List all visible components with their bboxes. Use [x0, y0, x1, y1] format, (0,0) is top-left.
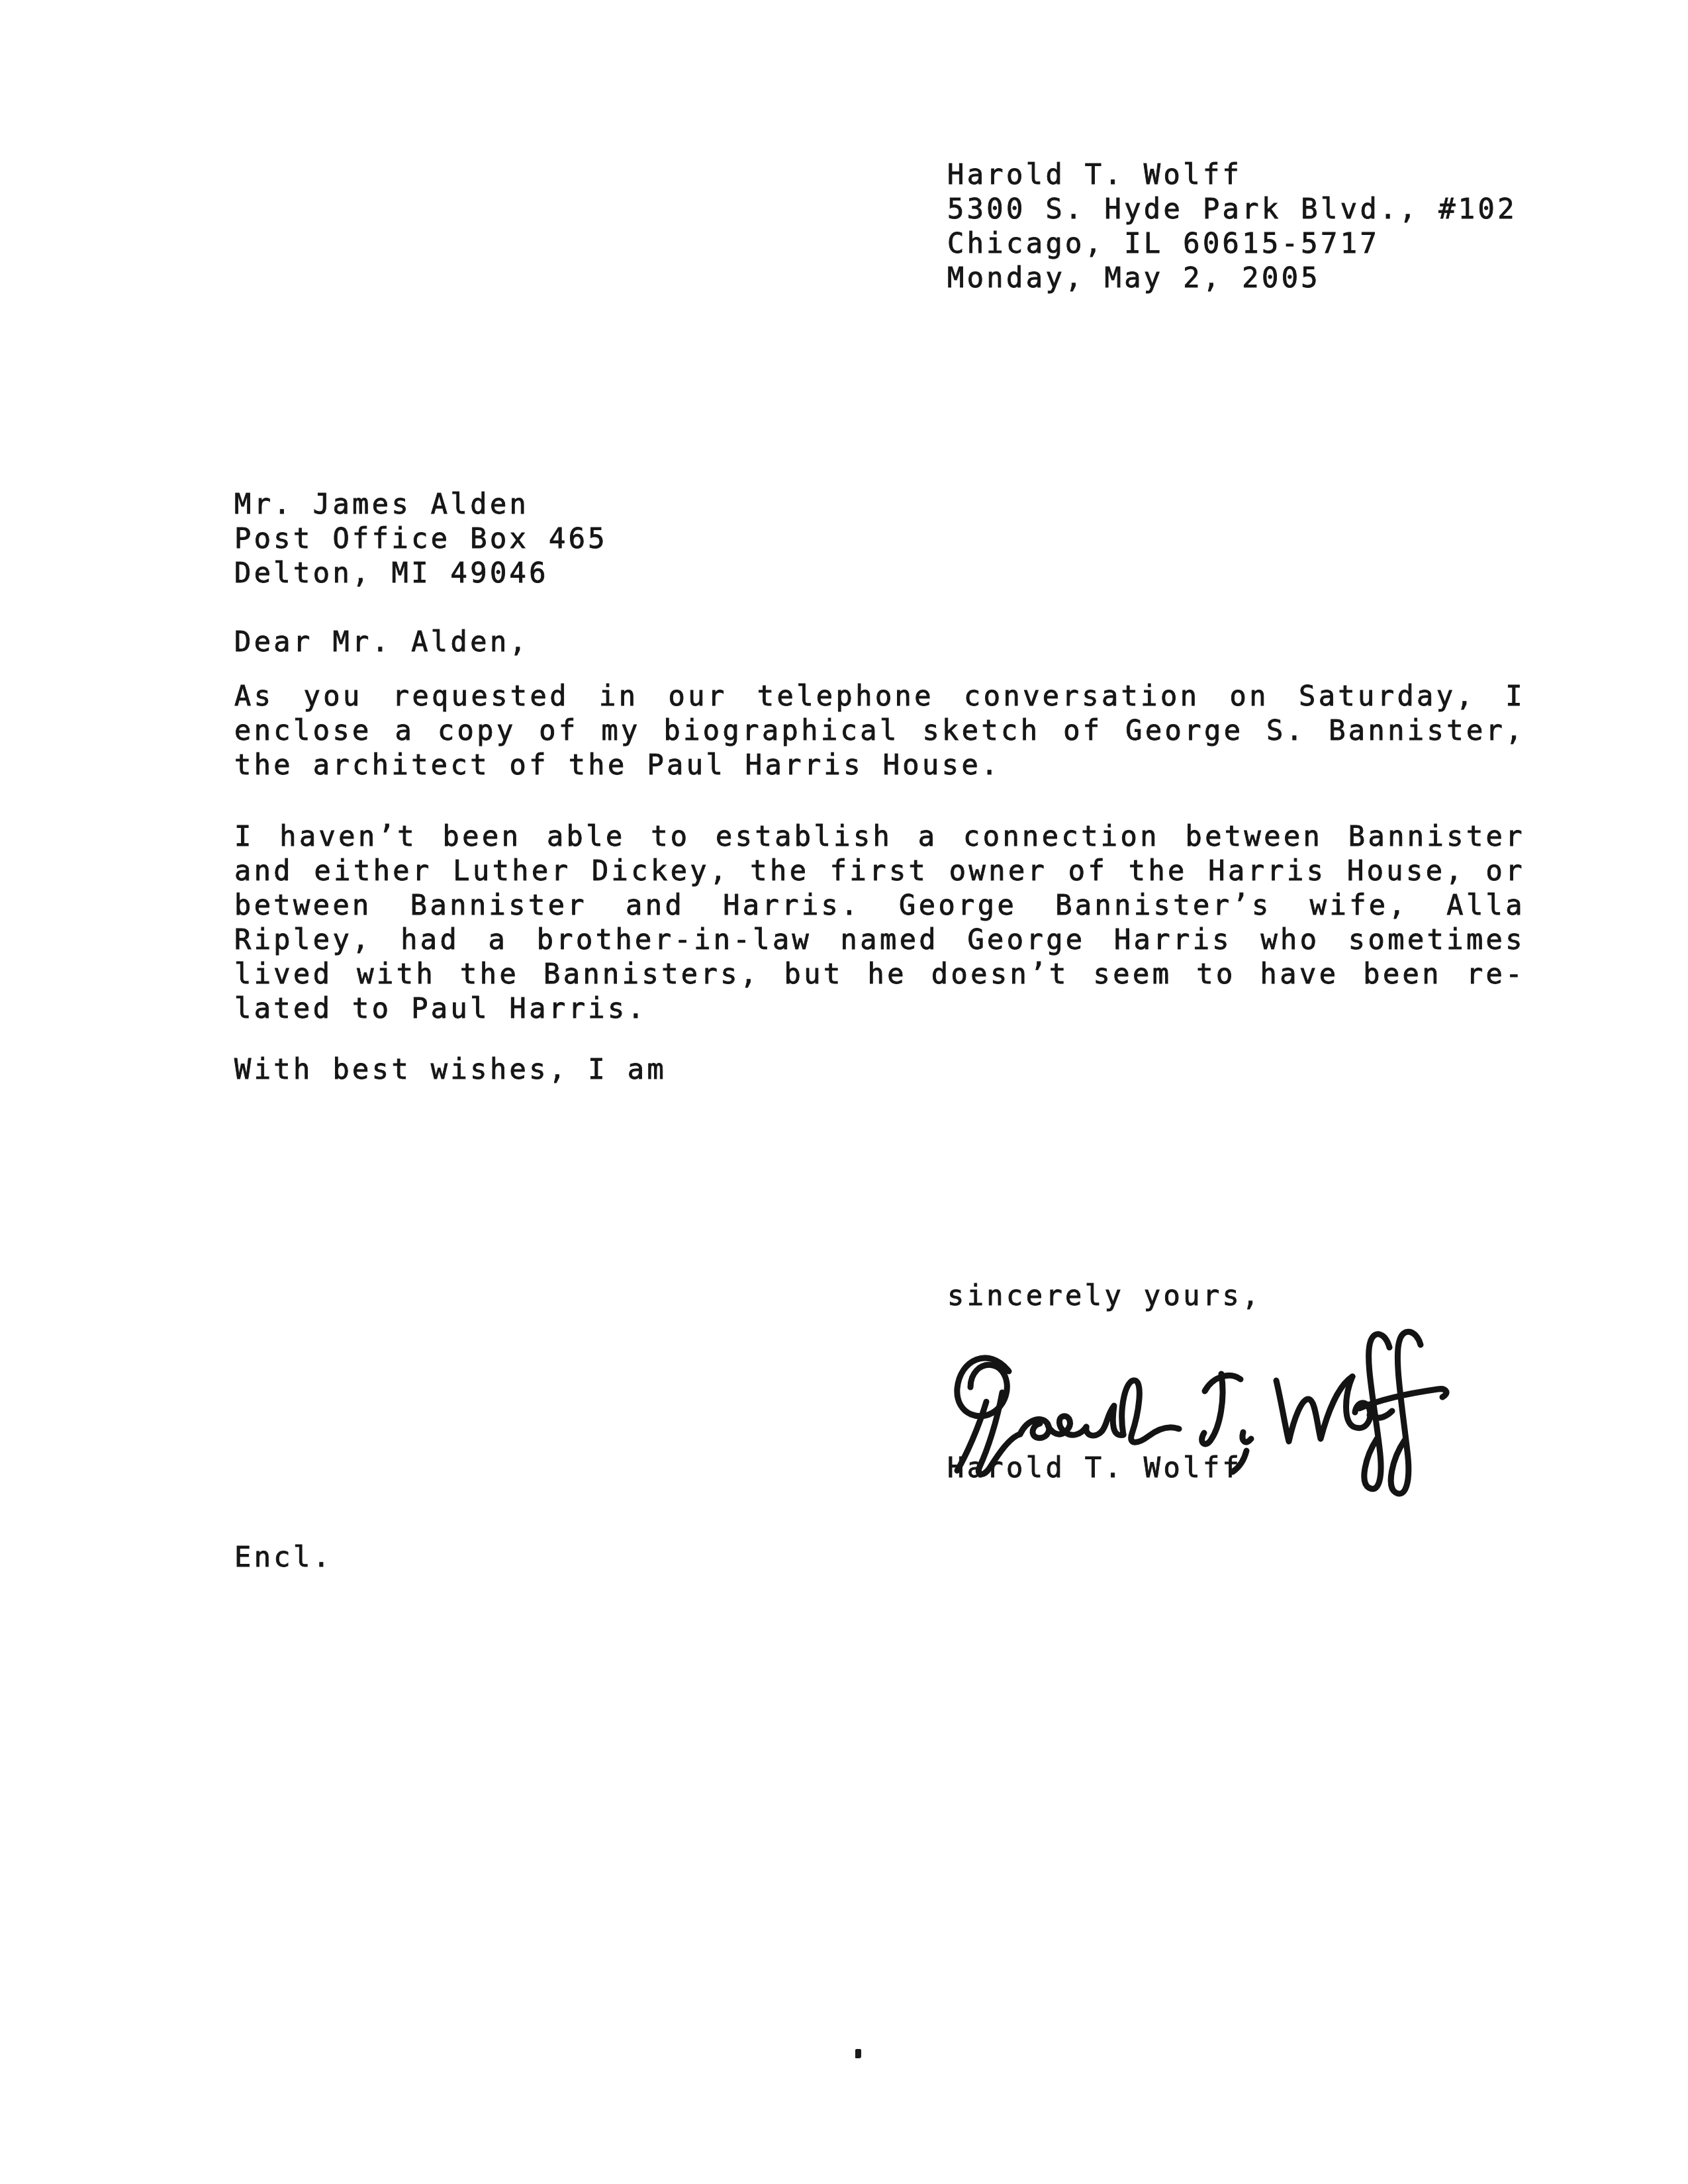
text-line: Mr. James Alden [234, 487, 962, 522]
text-line: lived with the Bannisters, but he doesn’… [234, 957, 1525, 991]
text-line: I haven’t been able to establish a conne… [234, 819, 1525, 854]
text-line: and either Luther Dickey, the first owne… [234, 854, 1525, 888]
text-line: Monday, May 2, 2005 [947, 261, 1609, 295]
text-line: Delton, MI 49046 [234, 556, 962, 590]
text-line: between Bannister and Harris. George Ban… [234, 888, 1525, 923]
text-line: With best wishes, I am [234, 1052, 1525, 1087]
body-paragraph-2: I haven’t been able to establish a conne… [234, 819, 1525, 1026]
salutation: Dear Mr. Alden, [234, 625, 962, 659]
text-line: lated to Paul Harris. [234, 991, 1525, 1026]
page-artifact-dot [855, 2049, 861, 2058]
text-line: Ripley, had a brother-in-law named Georg… [234, 923, 1525, 957]
valediction: sincerely yours, [947, 1279, 1543, 1313]
text-line: enclose a copy of my biographical sketch… [234, 713, 1525, 748]
body-paragraph-1: As you requested in our telephone conver… [234, 679, 1525, 782]
text-line: Harold T. Wolff [947, 158, 1609, 192]
sender-address-block: Harold T. Wolff5300 S. Hyde Park Blvd., … [947, 158, 1609, 295]
typed-name: Harold T. Wolff [947, 1451, 1543, 1485]
text-line: As you requested in our telephone conver… [234, 679, 1525, 713]
text-line: Chicago, IL 60615-5717 [947, 226, 1609, 261]
text-line: Post Office Box 465 [234, 522, 962, 556]
letter-page: Harold T. Wolff5300 S. Hyde Park Blvd., … [0, 0, 1688, 2184]
body-paragraph-3: With best wishes, I am [234, 1052, 1525, 1087]
text-line: the architect of the Paul Harris House. [234, 748, 1525, 782]
recipient-address-block: Mr. James AldenPost Office Box 465Delton… [234, 487, 962, 590]
text-line: 5300 S. Hyde Park Blvd., #102 [947, 192, 1609, 226]
enclosure-note: Encl. [234, 1540, 499, 1574]
